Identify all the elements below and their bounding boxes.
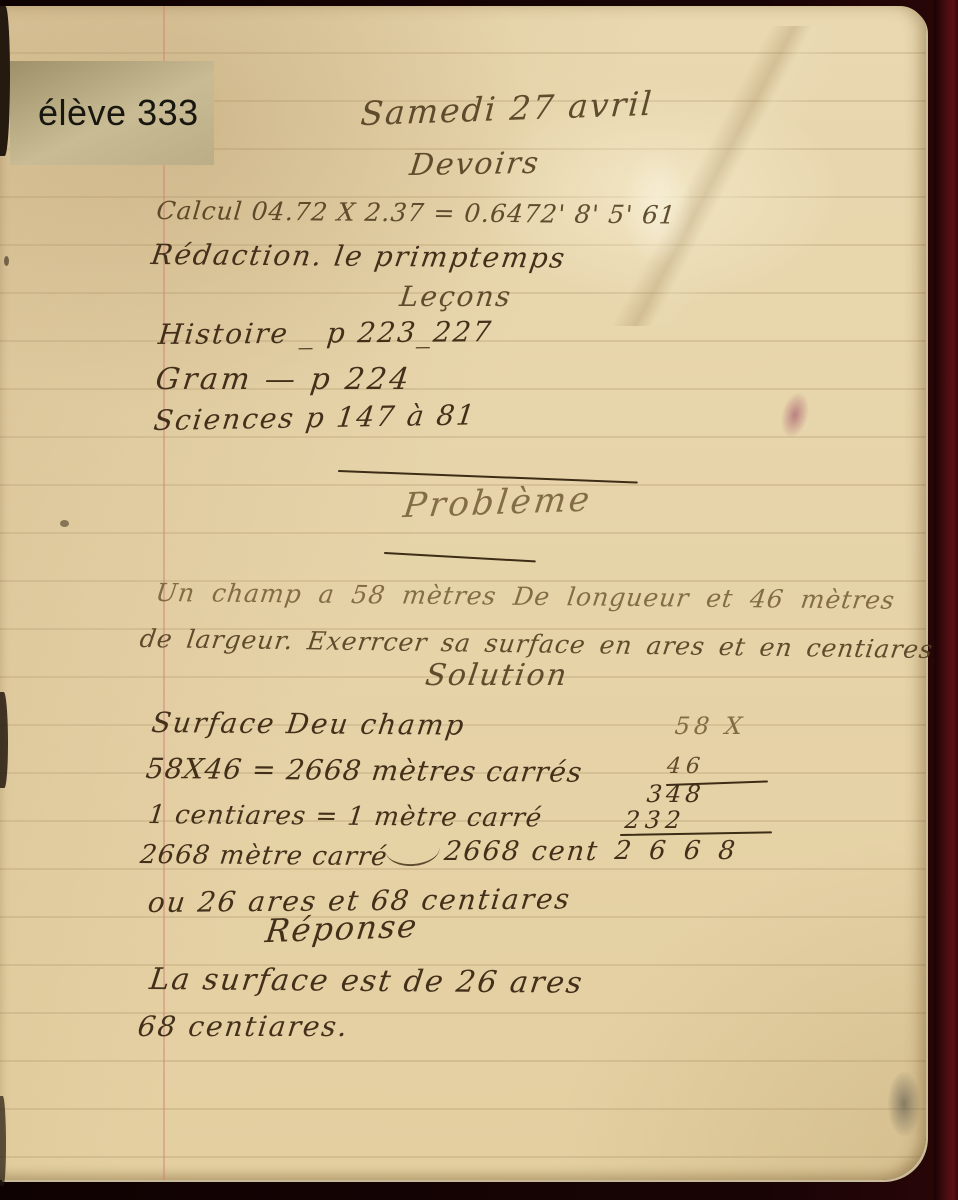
ink-splatter-stain: [777, 390, 813, 441]
multiplication-partial-1: 348: [646, 780, 706, 808]
solution-line-centiare: 1 centiares = 1 mètre carré: [147, 800, 544, 833]
flourish-connector: [385, 844, 440, 868]
reponse-line-1: La surface est de 26 ares: [147, 962, 585, 1001]
date-title: Samedi 27 avril: [359, 84, 655, 133]
notebook-cover-edge: [934, 0, 958, 1200]
grey-smudge-stain: [888, 1072, 920, 1136]
scanned-notebook-scene: Samedi 27 avril Devoirs Calcul 04.72 X 2…: [0, 0, 958, 1200]
torn-edge-bottom: [0, 1096, 6, 1186]
section-reponse: Réponse: [263, 907, 420, 951]
devoirs-line-redaction: Rédaction. le primptemps: [149, 238, 569, 275]
student-id-label: élève 333: [10, 61, 214, 165]
solution-line-produit: 58X46 = 2668 mètres carrés: [144, 752, 584, 789]
multiplication-product: 2668: [613, 836, 754, 866]
section-lecons: Leçons: [398, 280, 514, 313]
multiplication-multiplicand: 58 X: [674, 712, 748, 740]
student-id-text: élève 333: [38, 92, 199, 134]
lecons-line-sciences: Sciences p 147 à 81: [152, 398, 478, 437]
section-probleme: Problème: [401, 479, 595, 526]
section-devoirs: Devoirs: [408, 146, 542, 183]
devoirs-line-calcul: Calcul 04.72 X 2.37 = 0.6472' 8' 5' 61: [155, 196, 677, 230]
lecons-line-gram: Gram — p 224: [154, 362, 414, 397]
multiplication-partial-2: 232: [624, 806, 687, 834]
solution-line-surface: Surface Deu champ: [150, 706, 468, 742]
torn-edge-top: [0, 6, 10, 156]
solution-line-conversion-left: 2668 mètre carré: [139, 840, 390, 872]
edge-speck: [4, 256, 9, 266]
dark-spot-stain: [60, 520, 69, 527]
reponse-line-2: 68 centiares.: [136, 1010, 351, 1043]
notebook-page: Samedi 27 avril Devoirs Calcul 04.72 X 2…: [0, 6, 926, 1180]
section-solution: Solution: [423, 658, 570, 693]
lecons-line-histoire: Histoire _ p 223_227: [157, 315, 494, 351]
divider-line-short: [384, 552, 536, 562]
multiplication-multiplier: 46: [666, 754, 706, 779]
solution-line-conversion-right: 2668 cent: [443, 836, 601, 867]
fold-crease: [500, 26, 930, 326]
torn-edge-middle: [0, 692, 8, 788]
enonce-line-1: Un champ a 58 mètres De longueur et 46 m…: [154, 578, 897, 615]
